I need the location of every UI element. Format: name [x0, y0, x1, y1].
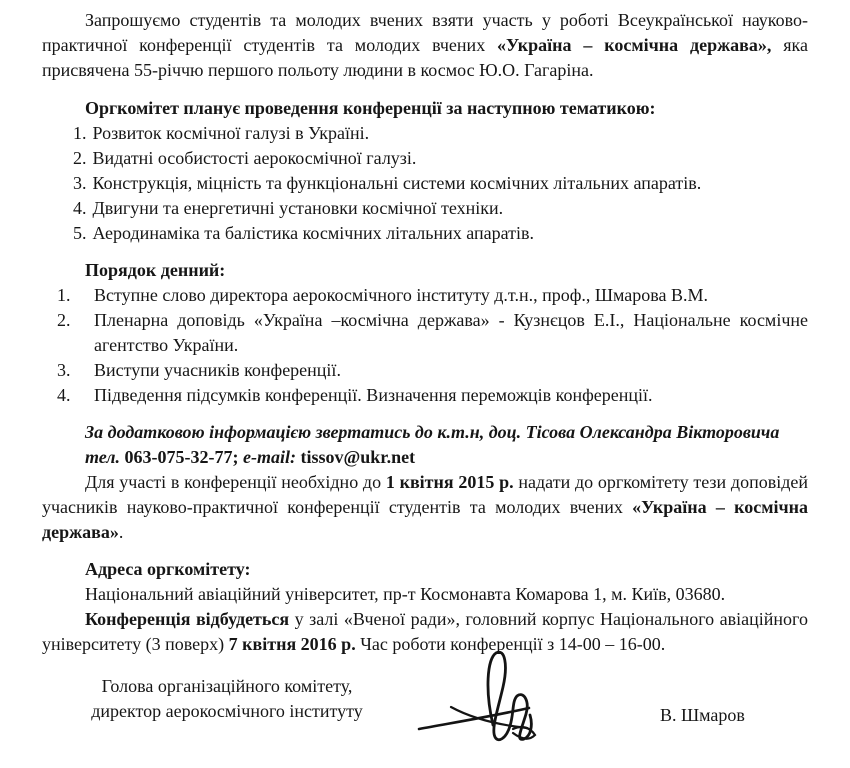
list-item-text: Пленарна доповідь «Україна –космічна дер…: [94, 308, 808, 358]
list-item: 1.Розвиток космічної галузі в Україні.: [73, 121, 808, 146]
list-item: 3.Конструкція, міцність та функціональні…: [73, 171, 808, 196]
intro-paragraph: Запрошуємо студентів та молодих вчених в…: [42, 8, 808, 83]
list-item: 4.Підведення підсумків конференції. Визн…: [57, 383, 808, 408]
list-item: 1.Вступне слово директора аерокосмічного…: [57, 283, 808, 308]
list-marker: 2.: [73, 148, 87, 168]
contact-tel-line: тел. 063-075-32-77; e-mail: tissov@ukr.n…: [42, 445, 808, 470]
address-line: Національний авіаційний університет, пр-…: [42, 582, 808, 607]
list-item-text: Виступи учасників конференції.: [94, 358, 808, 383]
signer-name: В. Шмаров: [660, 703, 745, 728]
address-heading: Адреса оргкомітету:: [85, 557, 808, 582]
agenda-heading: Порядок денний:: [85, 258, 808, 283]
list-marker: 5.: [73, 223, 87, 243]
list-item-text: Конструкція, міцність та функціональні с…: [93, 173, 702, 193]
list-marker: 1.: [57, 283, 94, 308]
list-item: 3.Виступи учасників конференції.: [57, 358, 808, 383]
list-item-text: Підведення підсумків конференції. Визнач…: [94, 383, 808, 408]
list-marker: 1.: [73, 123, 87, 143]
list-item-text: Розвиток космічної галузі в Україні.: [93, 123, 370, 143]
list-item: 5.Аеродинаміка та балістика космічних лі…: [73, 221, 808, 246]
list-item-text: Аеродинаміка та балістика космічних літа…: [93, 223, 535, 243]
list-marker: 2.: [57, 308, 94, 358]
signer-role-line2: директор аерокосмічного інституту: [62, 699, 392, 724]
list-item: 2.Видатні особистості аерокосмічної галу…: [73, 146, 808, 171]
list-item-text: Вступне слово директора аерокосмічного і…: [94, 283, 808, 308]
document-page: Запрошуємо студентів та молодих вчених в…: [0, 0, 850, 768]
signature-block: Голова організаційного комітету, директо…: [42, 657, 808, 743]
submission-paragraph: Для участі в конференції необхідно до 1 …: [42, 470, 808, 545]
signature-icon: [417, 645, 553, 745]
signer-role-line1: Голова організаційного комітету,: [62, 674, 392, 699]
agenda-list: 1.Вступне слово директора аерокосмічного…: [42, 283, 808, 408]
topics-list: 1.Розвиток космічної галузі в Україні. 2…: [42, 121, 808, 246]
list-marker: 3.: [57, 358, 94, 383]
topics-heading: Оргкомітет планує проведення конференції…: [85, 96, 808, 121]
list-item-text: Видатні особистості аерокосмічної галузі…: [93, 148, 417, 168]
list-marker: 4.: [57, 383, 94, 408]
list-marker: 4.: [73, 198, 87, 218]
list-marker: 3.: [73, 173, 87, 193]
list-item: 4.Двигуни та енергетичні установки космі…: [73, 196, 808, 221]
list-item: 2.Пленарна доповідь «Україна –космічна д…: [57, 308, 808, 358]
list-item-text: Двигуни та енергетичні установки космічн…: [93, 198, 504, 218]
signer-role: Голова організаційного комітету, директо…: [62, 674, 392, 724]
contact-paragraph: За додатковою інформацією звертатись до …: [42, 420, 808, 445]
